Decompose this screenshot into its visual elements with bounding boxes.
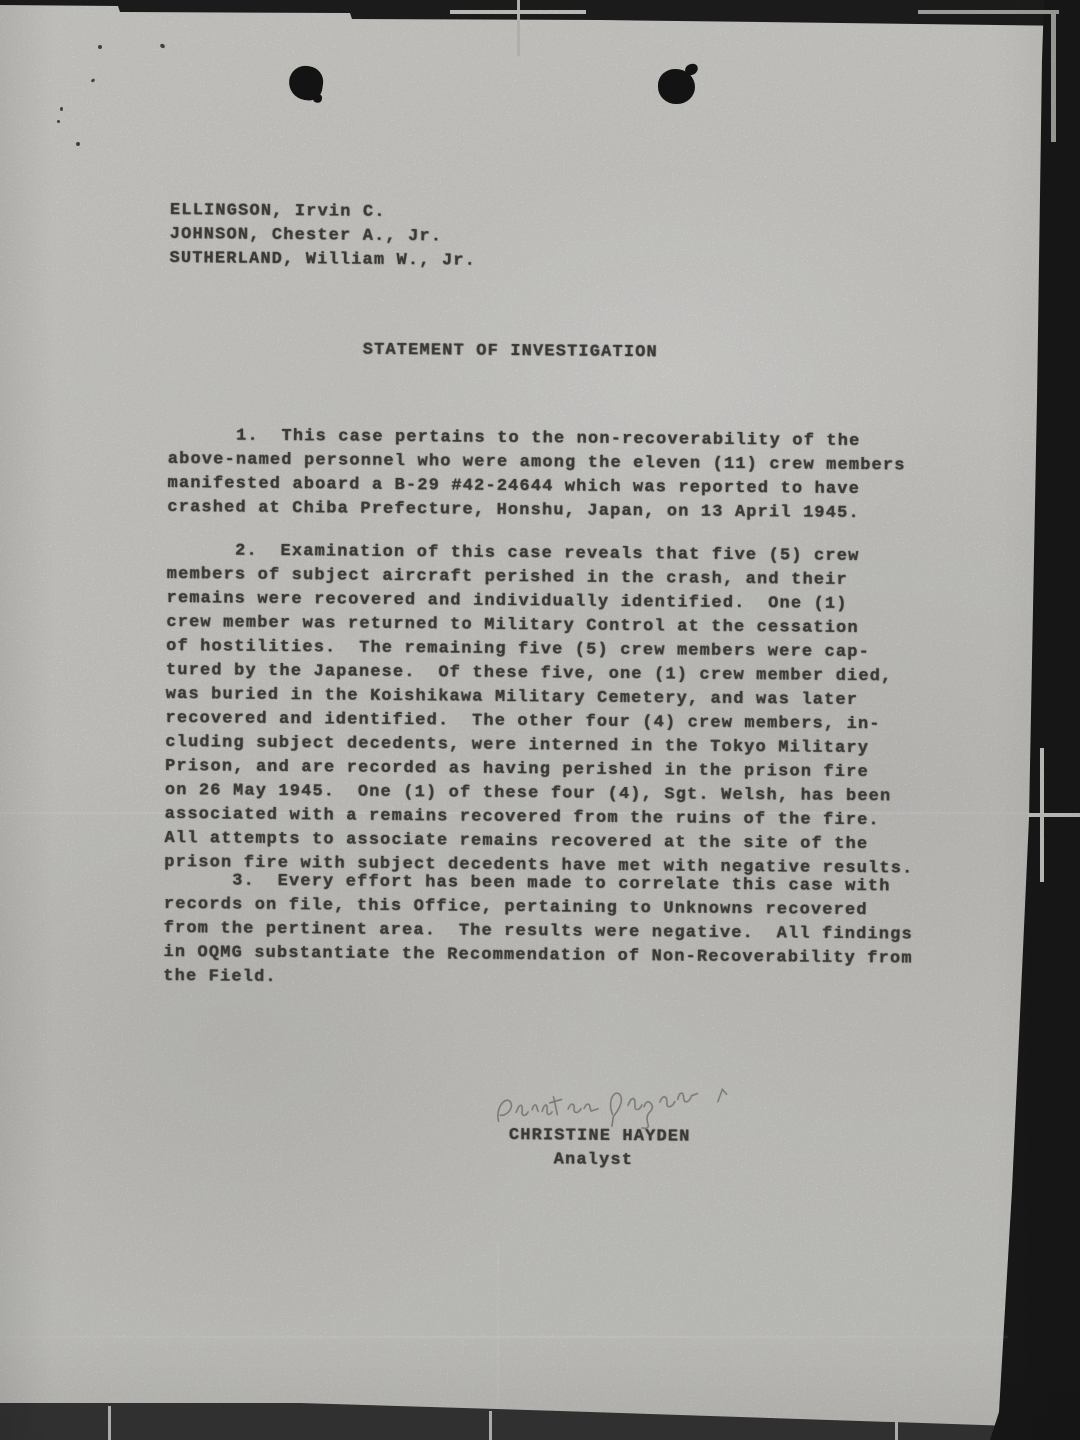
document-title: STATEMENT OF INVESTIGATION bbox=[363, 339, 658, 366]
signature-name-stamp: CHRISTINE HAYDEN bbox=[509, 1124, 691, 1150]
document-title-text: STATEMENT OF INVESTIGATION bbox=[363, 339, 658, 366]
paragraph-3: 3. Every effort has been made to correla… bbox=[163, 869, 913, 996]
paragraph-1: 1. This case pertains to the non-recover… bbox=[167, 424, 906, 526]
decedent-name: SUTHERLAND, William W., Jr. bbox=[169, 247, 476, 274]
signer-name: CHRISTINE HAYDEN bbox=[509, 1124, 691, 1150]
paragraph-2: 2. Examination of this case reveals that… bbox=[164, 539, 916, 882]
typewritten-content: ELLINGSON, Irvin C. JOHNSON, Chester A.,… bbox=[0, 0, 1080, 1440]
signer-role: Analyst bbox=[554, 1148, 634, 1173]
text-line: crashed at Chiba Prefecture, Honshu, Jap… bbox=[167, 496, 905, 526]
decedent-name: JOHNSON, Chester A., Jr. bbox=[170, 223, 477, 250]
decedent-name: ELLINGSON, Irvin C. bbox=[170, 199, 477, 226]
signature-role-stamp: Analyst bbox=[554, 1148, 634, 1173]
scanned-document-page: ELLINGSON, Irvin C. JOHNSON, Chester A.,… bbox=[0, 0, 1080, 1440]
decedent-name-list: ELLINGSON, Irvin C. JOHNSON, Chester A.,… bbox=[169, 199, 476, 274]
